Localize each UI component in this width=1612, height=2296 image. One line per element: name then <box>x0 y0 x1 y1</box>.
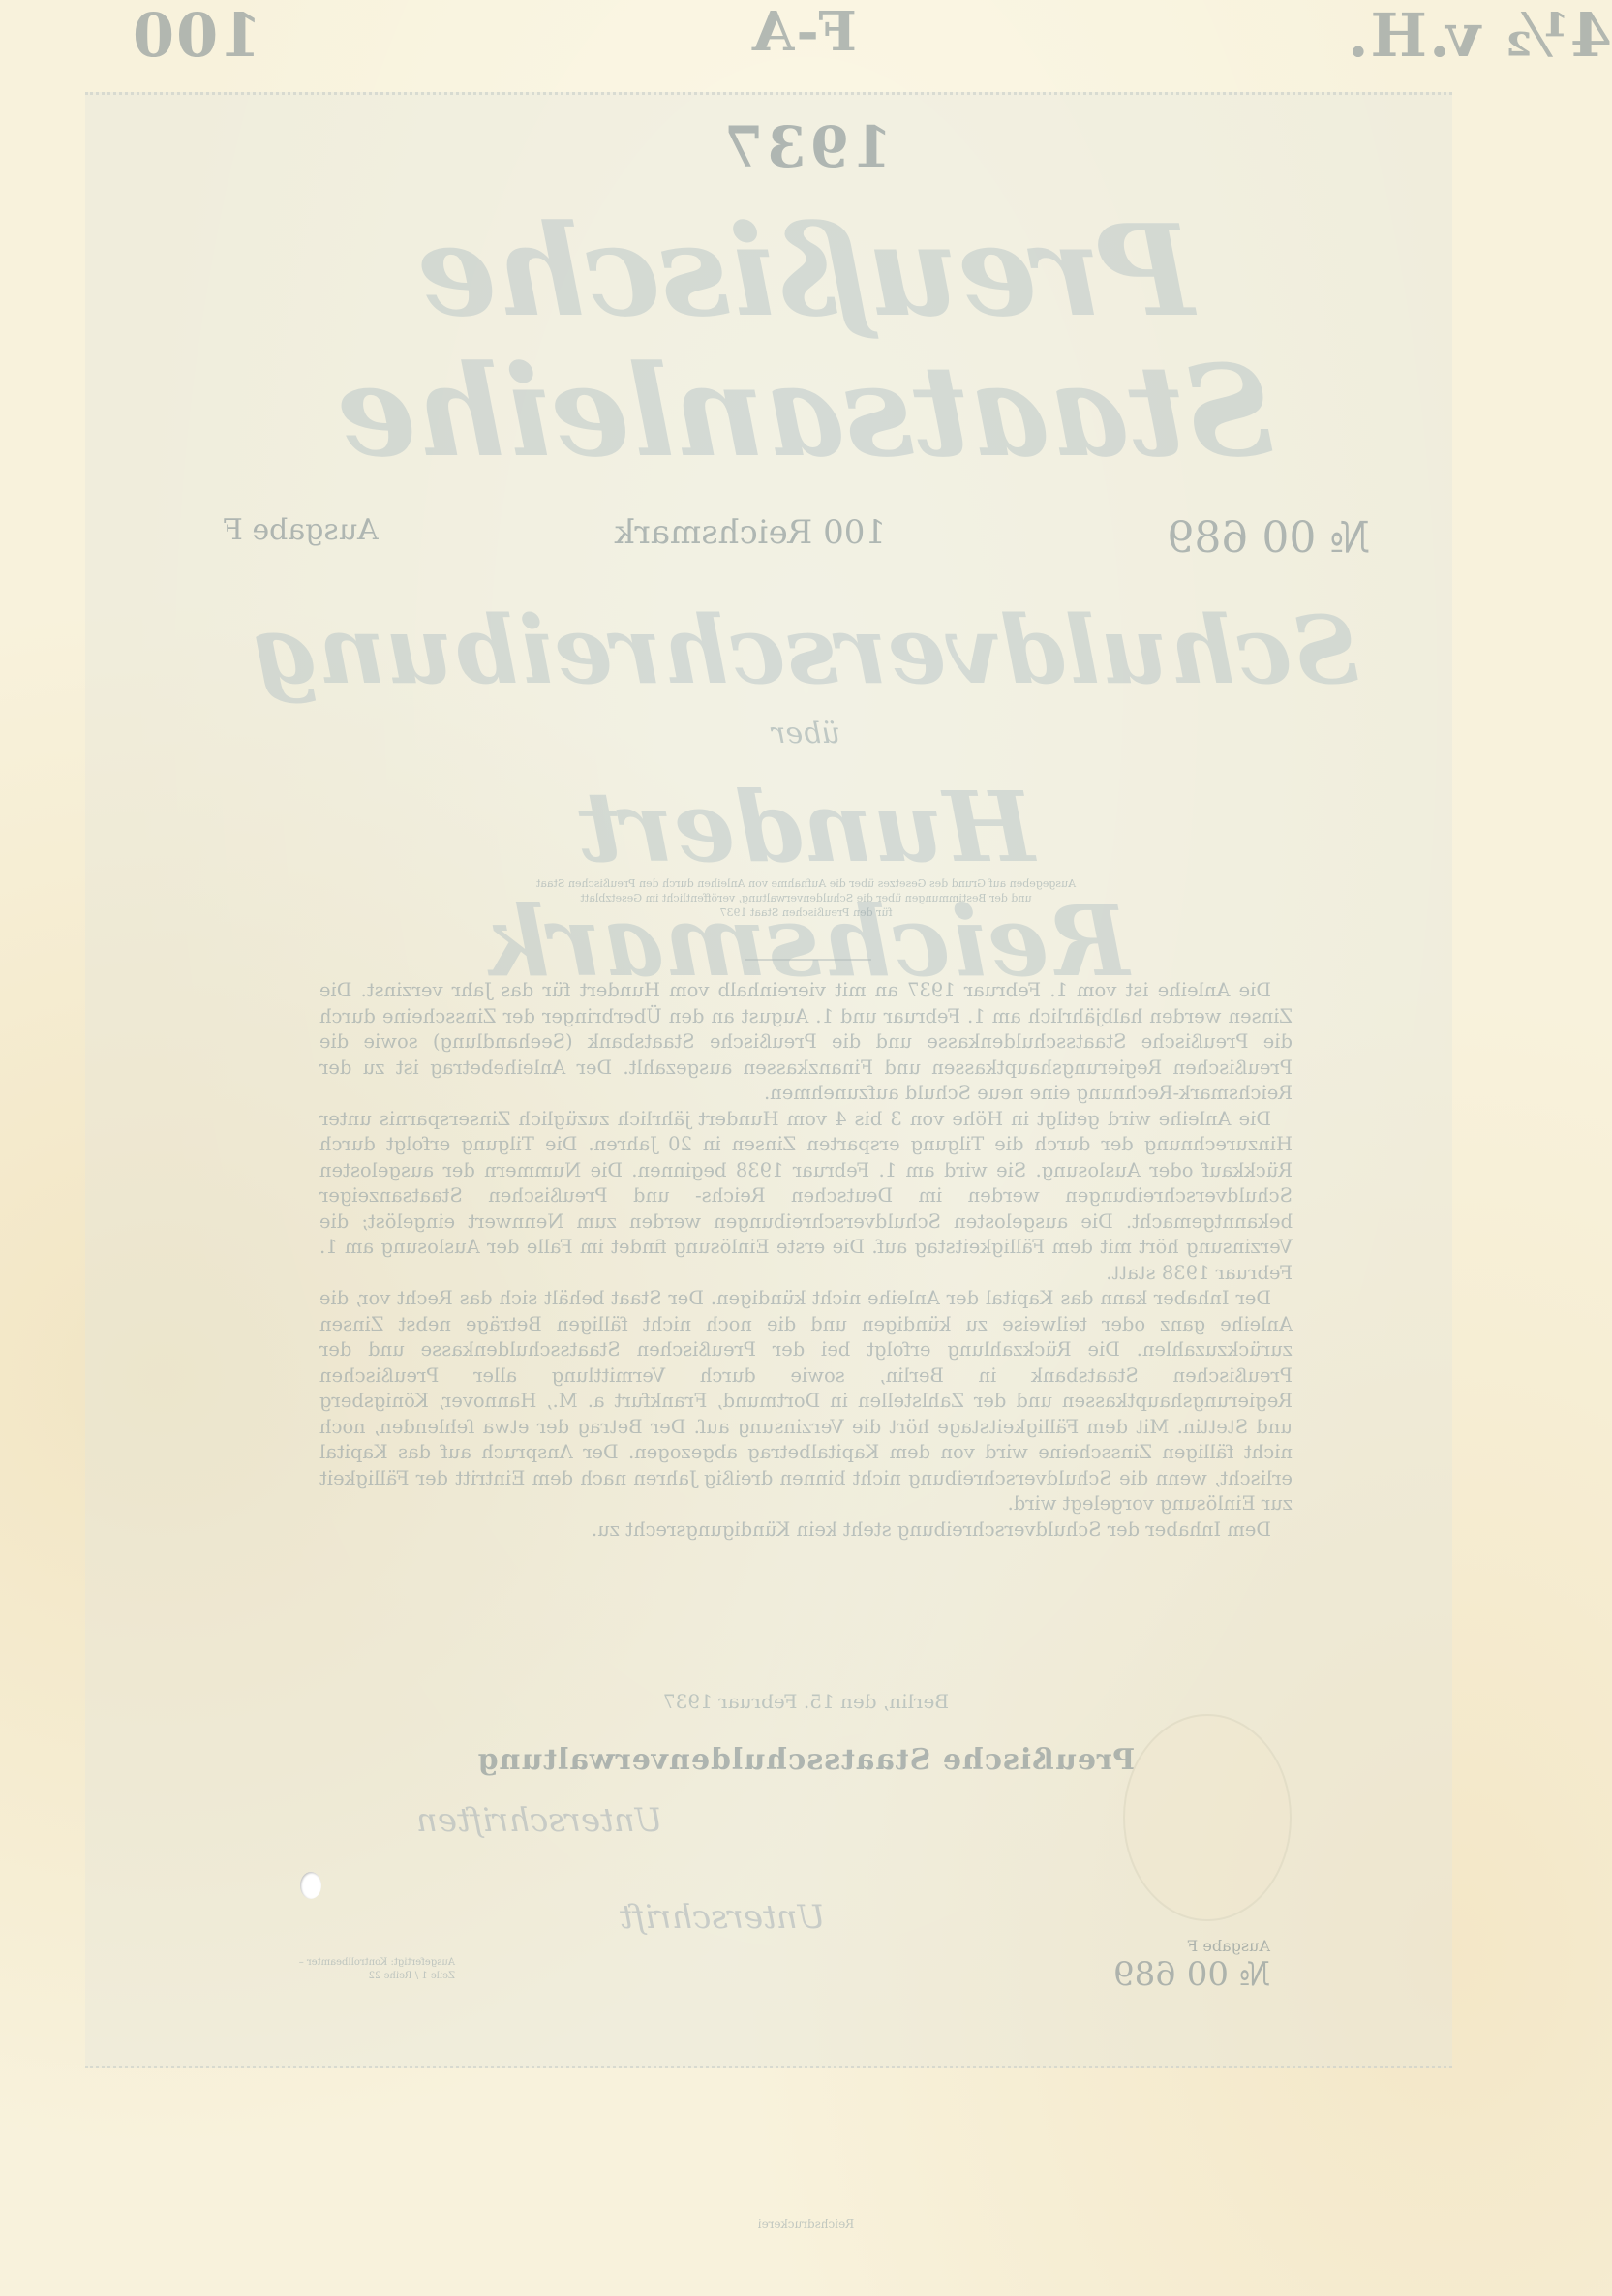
legal-smallprint: Ausgegeben auf Grund des Gesetzes über d… <box>310 876 1302 920</box>
headline-line-2: Staatsanleihe <box>174 349 1438 475</box>
issue-label: Ausgabe F <box>223 513 379 547</box>
serial-row: Ausgabe F 100 Reichsmark № 00 689 <box>223 513 1389 581</box>
signature-2: Unterschrift <box>620 1898 825 1937</box>
embossed-seal <box>1123 1714 1292 1921</box>
terms-paragraph: Die Anleihe wird getilgt in Höhe von 3 b… <box>319 1107 1293 1287</box>
title-connector: über <box>0 717 1612 750</box>
issuing-authority: Preußische Staatsschuldenverwaltung <box>0 1743 1612 1777</box>
corner-interest-rate: 4½ v.H. <box>1346 0 1612 71</box>
smallprint-line: für den Preußischen Staat 1937 <box>310 905 1302 920</box>
smallprint-line: und der Bestimmungen über die Schuldenve… <box>310 891 1302 905</box>
place-and-date: Berlin, den 15. Februar 1937 <box>0 1690 1612 1713</box>
terms-paragraph: Dem Inhaber der Schuldverschreibung steh… <box>319 1517 1293 1544</box>
stub-block: Ausgabe F № 00 689 <box>1113 1937 1270 1994</box>
denomination: 100 Reichsmark <box>615 513 886 552</box>
corner-denomination: 100 <box>131 0 261 71</box>
document-title: Schuldverschreibung <box>242 596 1370 705</box>
terms-paragraph: Der Inhaber kann das Kapital der Anleihe… <box>319 1286 1293 1517</box>
smallprint-line: Ausgegeben auf Grund des Gesetzes über d… <box>310 876 1302 891</box>
stub-issue-label: Ausgabe F <box>1113 1937 1270 1955</box>
divider <box>745 959 871 961</box>
control-footnote: Ausgefertigt: Kontrollbeamter – Zeile 1 … <box>290 1956 455 1983</box>
headline-line-1: Preußische <box>174 208 1438 334</box>
terms-body: Die Anleihe ist vom 1. Februar 1937 an m… <box>319 978 1293 1543</box>
signature-1: Unterschriften <box>416 1801 662 1840</box>
printer-mark: Reichsdruckerei <box>0 2218 1612 2231</box>
corner-coupon-code: F-A <box>750 0 857 64</box>
cancellation-punch-hole <box>300 1872 321 1899</box>
bond-certificate-reverse: 100 F-A 4½ v.H. 1937 Preußische Staatsan… <box>0 0 1612 2296</box>
terms-paragraph: Die Anleihe ist vom 1. Februar 1937 an m… <box>319 978 1293 1107</box>
issue-year: 1937 <box>0 114 1612 180</box>
serial-number: № 00 689 <box>1167 513 1370 563</box>
stub-serial-number: № 00 689 <box>1113 1955 1270 1994</box>
